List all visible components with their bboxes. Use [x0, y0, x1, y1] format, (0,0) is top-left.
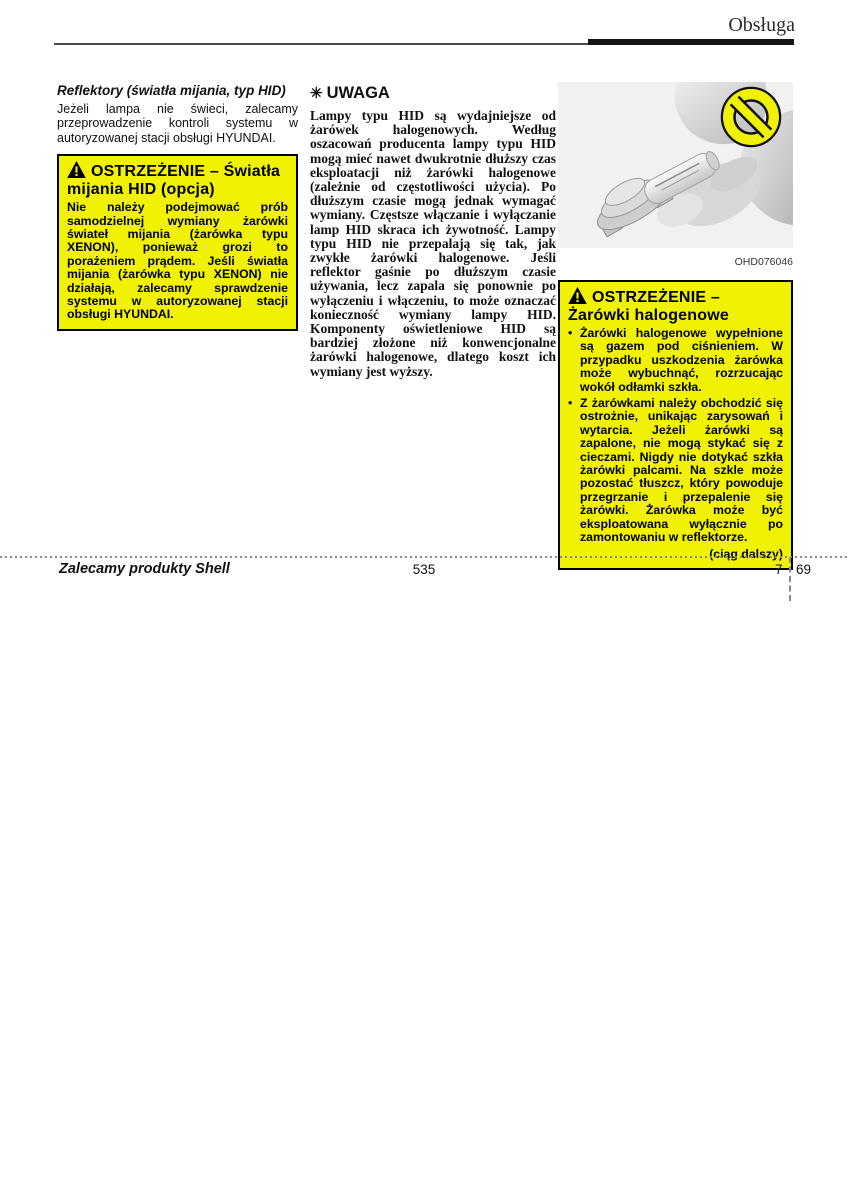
- footer-chapter-number: 7: [775, 562, 783, 577]
- header-rule-thick: [588, 39, 794, 45]
- footer-dotted-rule: [0, 556, 848, 558]
- warning-title-text: OSTRZEŻENIE – Światła mijania HID (opcja…: [67, 163, 280, 198]
- warning-triangle-icon: [67, 161, 86, 178]
- warning-title: OSTRZEŻENIE – Żarówki halogenowe: [568, 287, 783, 324]
- manual-page: Obsługa Reflektory (światła mijania, typ…: [0, 0, 848, 1200]
- continuation-note: (ciąg dalszy): [568, 547, 783, 561]
- asterisk-icon: ✳: [310, 85, 323, 102]
- bulb-handling-illustration: [558, 82, 793, 248]
- footer-page-center: 535: [0, 562, 848, 577]
- section-heading: Reflektory (światła mijania, typ HID): [57, 83, 298, 98]
- warning-bullet: • Z żarówkami należy obchodzić się ostro…: [568, 397, 783, 544]
- left-column: Reflektory (światła mijania, typ HID) Je…: [57, 83, 298, 331]
- chapter-header: Obsługa: [728, 14, 795, 37]
- bullet-icon: •: [568, 397, 580, 544]
- section-paragraph: Jeżeli lampa nie świeci, zalecamy przepr…: [57, 102, 298, 145]
- notice-column: ✳UWAGA Lampy typu HID są wydajniejsze od…: [310, 84, 556, 379]
- right-column: OHD076046 OSTRZEŻENIE – Żarówki halogeno…: [558, 82, 793, 570]
- warning-bullet-text: Z żarówkami należy obchodzić się ostrożn…: [580, 397, 783, 544]
- warning-box-halogen: OSTRZEŻENIE – Żarówki halogenowe • Żarów…: [558, 280, 793, 570]
- figure-caption: OHD076046: [558, 256, 793, 268]
- notice-paragraph: Lampy typu HID są wydajniejsze od żarówe…: [310, 109, 556, 379]
- warning-body: Nie należy podejmować prób samodzielnej …: [67, 201, 288, 322]
- footer-page-number: 69: [796, 562, 811, 577]
- warning-bullet: • Żarówki halogenowe wypełnione są gazem…: [568, 327, 783, 394]
- warning-title: OSTRZEŻENIE – Światła mijania HID (opcja…: [67, 161, 288, 198]
- warning-title-text: OSTRZEŻENIE – Żarówki halogenowe: [568, 289, 729, 324]
- notice-heading: ✳UWAGA: [310, 84, 556, 103]
- footer-dashed-divider: [789, 557, 791, 601]
- warning-bullet-text: Żarówki halogenowe wypełnione są gazem p…: [580, 327, 783, 394]
- prohibition-icon: [722, 88, 780, 146]
- warning-triangle-icon: [568, 287, 587, 304]
- bullet-icon: •: [568, 327, 580, 394]
- notice-heading-text: UWAGA: [327, 84, 390, 102]
- warning-box-hid: OSTRZEŻENIE – Światła mijania HID (opcja…: [57, 154, 298, 331]
